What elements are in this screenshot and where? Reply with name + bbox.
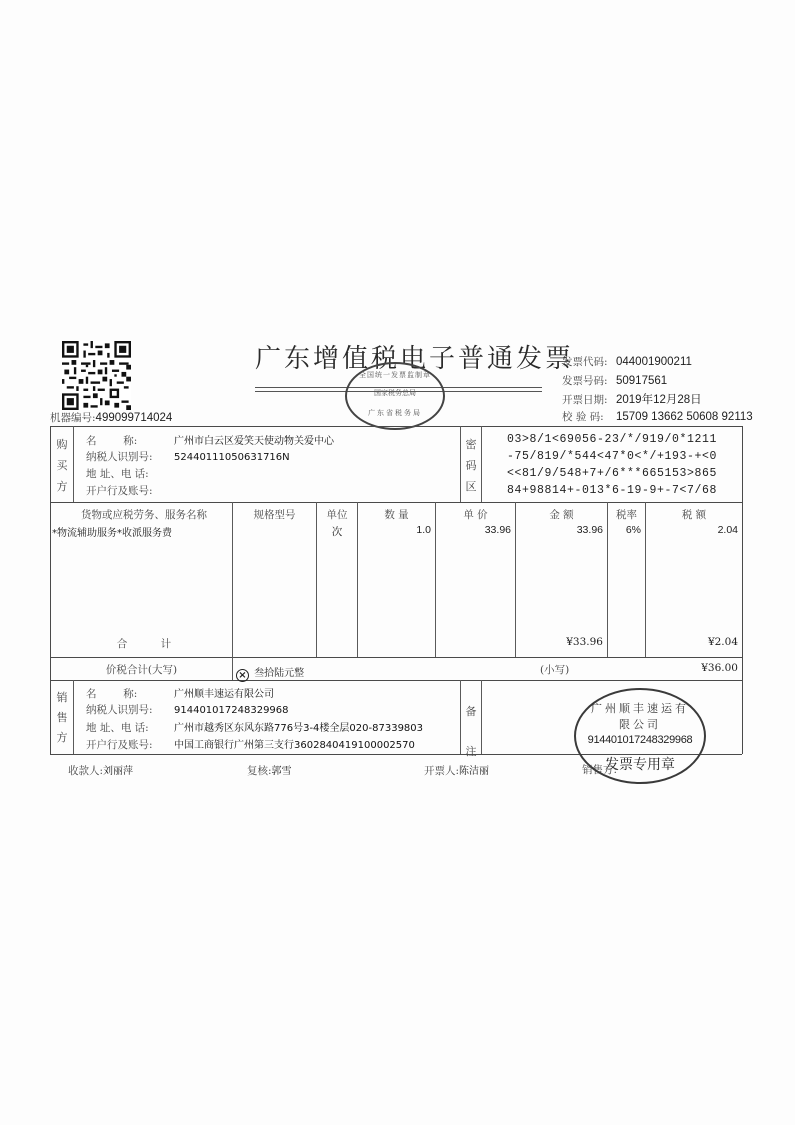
seller-bank-label: 开户行及账号: bbox=[86, 737, 174, 752]
grand-total-lowercase-label: (小写) bbox=[540, 662, 569, 677]
seller-bank-row: 开户行及账号:中国工商银行广州第三支行3602840419100002570 bbox=[86, 736, 415, 752]
tax-stamp-line3: 广东省税务局 bbox=[347, 408, 443, 418]
buyer-side-char: 买 bbox=[52, 455, 72, 476]
total-bottom-rule bbox=[50, 680, 742, 681]
seller-label-divider bbox=[73, 680, 74, 754]
invoice-number: 发票号码:50917561 bbox=[562, 373, 667, 388]
reviewer: 复核:郭雪 bbox=[247, 762, 292, 778]
issuer: 开票人:陈洁丽 bbox=[424, 762, 489, 778]
header-amount: 金 额 bbox=[516, 507, 607, 522]
issue-date: 开票日期:2019年12月28日 bbox=[562, 391, 702, 407]
check-code-label: 校 验 码: bbox=[562, 409, 616, 424]
check-code-value: 15709 13662 50608 92113 bbox=[616, 411, 753, 423]
cipher-line: 84+98814+-013*6-19-9+-7<7/68 bbox=[507, 484, 717, 497]
payee-label: 收款人: bbox=[68, 765, 103, 777]
header-rate: 税率 bbox=[608, 507, 645, 522]
seller-sign: 销售方: bbox=[582, 762, 617, 777]
buyer-bank-label: 开户行及账号: bbox=[86, 483, 174, 498]
seller-name-value: 广州顺丰速运有限公司 bbox=[174, 689, 274, 700]
seller-side-char: 方 bbox=[52, 728, 72, 748]
table-border-right bbox=[742, 426, 743, 754]
seller-sign-label: 销售方: bbox=[582, 764, 617, 776]
cipher-side-char: 区 bbox=[461, 476, 481, 497]
seller-side-char: 售 bbox=[52, 708, 72, 728]
grand-total-uppercase-value: 叁拾陆元整 bbox=[254, 668, 304, 679]
seller-name-label: 名 称: bbox=[86, 686, 174, 701]
item-tax: 2.04 bbox=[646, 524, 738, 536]
table-border-top bbox=[50, 426, 742, 427]
qr-code-icon bbox=[62, 341, 131, 410]
reviewer-value: 郭雪 bbox=[272, 766, 292, 777]
issuer-label: 开票人: bbox=[424, 765, 459, 777]
cipher-label-divider bbox=[481, 426, 482, 502]
seller-address-row: 地 址、电 话:广州市越秀区东风东路776号3-4楼全层020-87339803 bbox=[86, 719, 423, 735]
cipher-side-char: 码 bbox=[461, 455, 481, 476]
seller-name-row: 名 称:广州顺丰速运有限公司 bbox=[86, 685, 274, 701]
grand-total-lowercase-value: ¥36.00 bbox=[646, 662, 738, 674]
buyer-side-char: 方 bbox=[52, 476, 72, 497]
grand-total-divider bbox=[232, 657, 233, 680]
buyer-side-label: 购 买 方 bbox=[52, 434, 72, 497]
remarks-label-divider bbox=[481, 680, 482, 754]
buyer-taxid-row: 纳税人识别号:52440111050631716N bbox=[86, 449, 290, 464]
cipher-side-char: 密 bbox=[461, 434, 481, 455]
seller-bank-value: 中国工商银行广州第三支行3602840419100002570 bbox=[174, 740, 415, 751]
item-qty: 1.0 bbox=[358, 524, 431, 536]
issue-date-label: 开票日期: bbox=[562, 392, 616, 407]
seller-stamp-taxid: 914401017248329968 bbox=[576, 734, 704, 746]
header-item-name: 货物或应税劳务、服务名称 bbox=[60, 507, 228, 522]
grand-total-label: 价税合计(大写) bbox=[51, 662, 232, 677]
reviewer-label: 复核: bbox=[247, 765, 272, 777]
payee: 收款人:刘丽萍 bbox=[68, 762, 133, 778]
seller-address-value: 广州市越秀区东风东路776号3-4楼全层020-87339803 bbox=[174, 723, 423, 734]
header-qty: 数 量 bbox=[358, 507, 435, 522]
buyer-address-label: 地 址、电 话: bbox=[86, 466, 174, 481]
seller-side-label: 销 售 方 bbox=[52, 688, 72, 748]
issue-date-value: 2019年12月28日 bbox=[616, 394, 702, 406]
buyer-taxid-label: 纳税人识别号: bbox=[86, 449, 174, 464]
remarks-side-char: 备 bbox=[461, 692, 481, 732]
seller-address-label: 地 址、电 话: bbox=[86, 720, 174, 735]
tax-stamp-line2: 国家税务总局 bbox=[347, 388, 443, 398]
table-border-left bbox=[50, 426, 51, 754]
tax-bureau-stamp: 全国统一发票监制章 国家税务总局 广东省税务局 bbox=[345, 362, 445, 430]
invoice-number-label: 发票号码: bbox=[562, 373, 616, 388]
payee-value: 刘丽萍 bbox=[103, 766, 133, 777]
issuer-value: 陈洁丽 bbox=[459, 766, 489, 777]
total-tax: ¥2.04 bbox=[646, 636, 738, 648]
buyer-name-label: 名 称: bbox=[86, 433, 174, 448]
total-label: 合 计 bbox=[60, 636, 228, 651]
cipher-side-label: 密 码 区 bbox=[461, 434, 481, 497]
header-tax: 税 额 bbox=[646, 507, 742, 522]
buyer-label-divider bbox=[73, 426, 74, 502]
buyer-bank-row: 开户行及账号: bbox=[86, 483, 174, 498]
header-spec: 规格型号 bbox=[233, 507, 316, 522]
buyer-name-row: 名 称:广州市白云区爱笑天使动物关爱中心 bbox=[86, 432, 334, 448]
cipher-line: 03>8/1<69056-23/*/919/0*1211 bbox=[507, 433, 717, 446]
invoice-code: 发票代码:044001900211 bbox=[562, 354, 692, 369]
cipher-line: <<81/9/548+7+/6***665153>865 bbox=[507, 467, 717, 480]
machine-number: 机器编号:499099714024 bbox=[50, 410, 172, 425]
machine-number-value: 499099714024 bbox=[96, 412, 173, 424]
tax-stamp-line1: 全国统一发票监制章 bbox=[347, 370, 443, 380]
invoice-number-value: 50917561 bbox=[616, 375, 667, 387]
item-amount: 33.96 bbox=[516, 524, 603, 536]
cipher-line: -75/819/*544<47*0<*/+193-+<0 bbox=[507, 450, 717, 463]
machine-number-label: 机器编号: bbox=[50, 412, 96, 424]
grand-total-uppercase: × 叁拾陆元整 bbox=[236, 661, 304, 682]
item-price: 33.96 bbox=[436, 524, 511, 536]
seller-taxid-row: 纳税人识别号:914401017248329968 bbox=[86, 702, 289, 717]
item-unit: 次 bbox=[317, 524, 357, 539]
circled-x-icon: × bbox=[236, 669, 249, 682]
invoice-code-value: 044001900211 bbox=[616, 356, 692, 368]
header-unit: 单位 bbox=[317, 507, 357, 522]
col-divider-spec bbox=[232, 502, 233, 657]
buyer-name-value: 广州市白云区爱笑天使动物关爱中心 bbox=[174, 436, 334, 447]
buyer-taxid-value: 52440111050631716N bbox=[174, 452, 290, 463]
remarks-side-label: 备 注 bbox=[461, 692, 481, 772]
items-bottom-rule bbox=[50, 657, 742, 658]
seller-taxid-label: 纳税人识别号: bbox=[86, 702, 174, 717]
header-price: 单 价 bbox=[436, 507, 515, 522]
seller-taxid-value: 914401017248329968 bbox=[174, 705, 289, 716]
item-name: *物流辅助服务*收派服务费 bbox=[52, 524, 172, 539]
buyer-bottom-rule bbox=[50, 502, 742, 503]
seller-stamp-company: 广州顺丰速运有限公司 bbox=[586, 700, 694, 732]
seller-side-char: 销 bbox=[52, 688, 72, 708]
buyer-address-row: 地 址、电 话: bbox=[86, 466, 174, 481]
check-code: 校 验 码:15709 13662 50608 92113 bbox=[562, 409, 753, 424]
invoice-code-label: 发票代码: bbox=[562, 354, 616, 369]
item-rate: 6% bbox=[608, 524, 641, 536]
total-amount: ¥33.96 bbox=[516, 636, 603, 648]
buyer-side-char: 购 bbox=[52, 434, 72, 455]
